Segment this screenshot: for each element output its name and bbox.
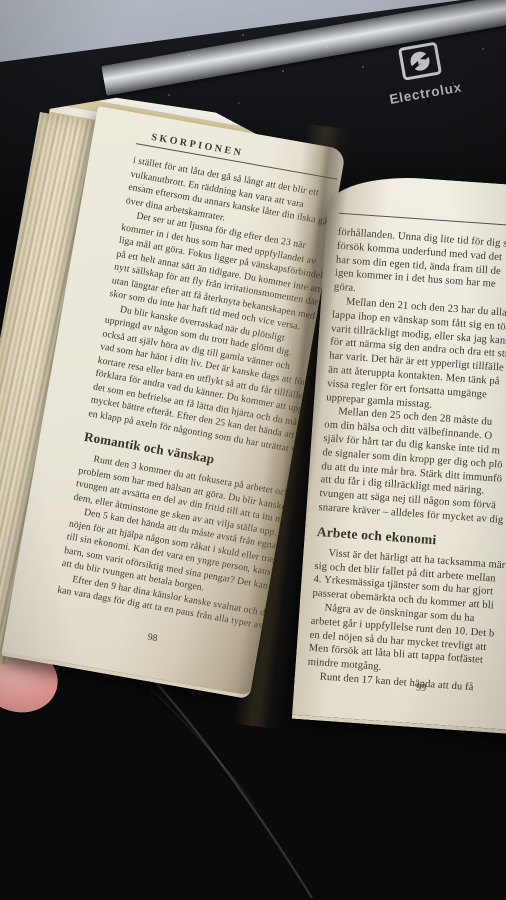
left-page-text: i stället för att låta det gå så långt a…: [56, 154, 331, 631]
photo-open-book-on-stove: Electrolux SKORPIONEN i stället för att …: [0, 0, 506, 900]
dust-speckles: [150, 40, 152, 42]
book-right-page: förhållanden. Unna dig lite tid för dig …: [292, 172, 506, 739]
electrolux-logo-mark: [397, 41, 442, 81]
right-page-text: förhållanden. Unna dig lite tid för dig …: [306, 226, 506, 703]
